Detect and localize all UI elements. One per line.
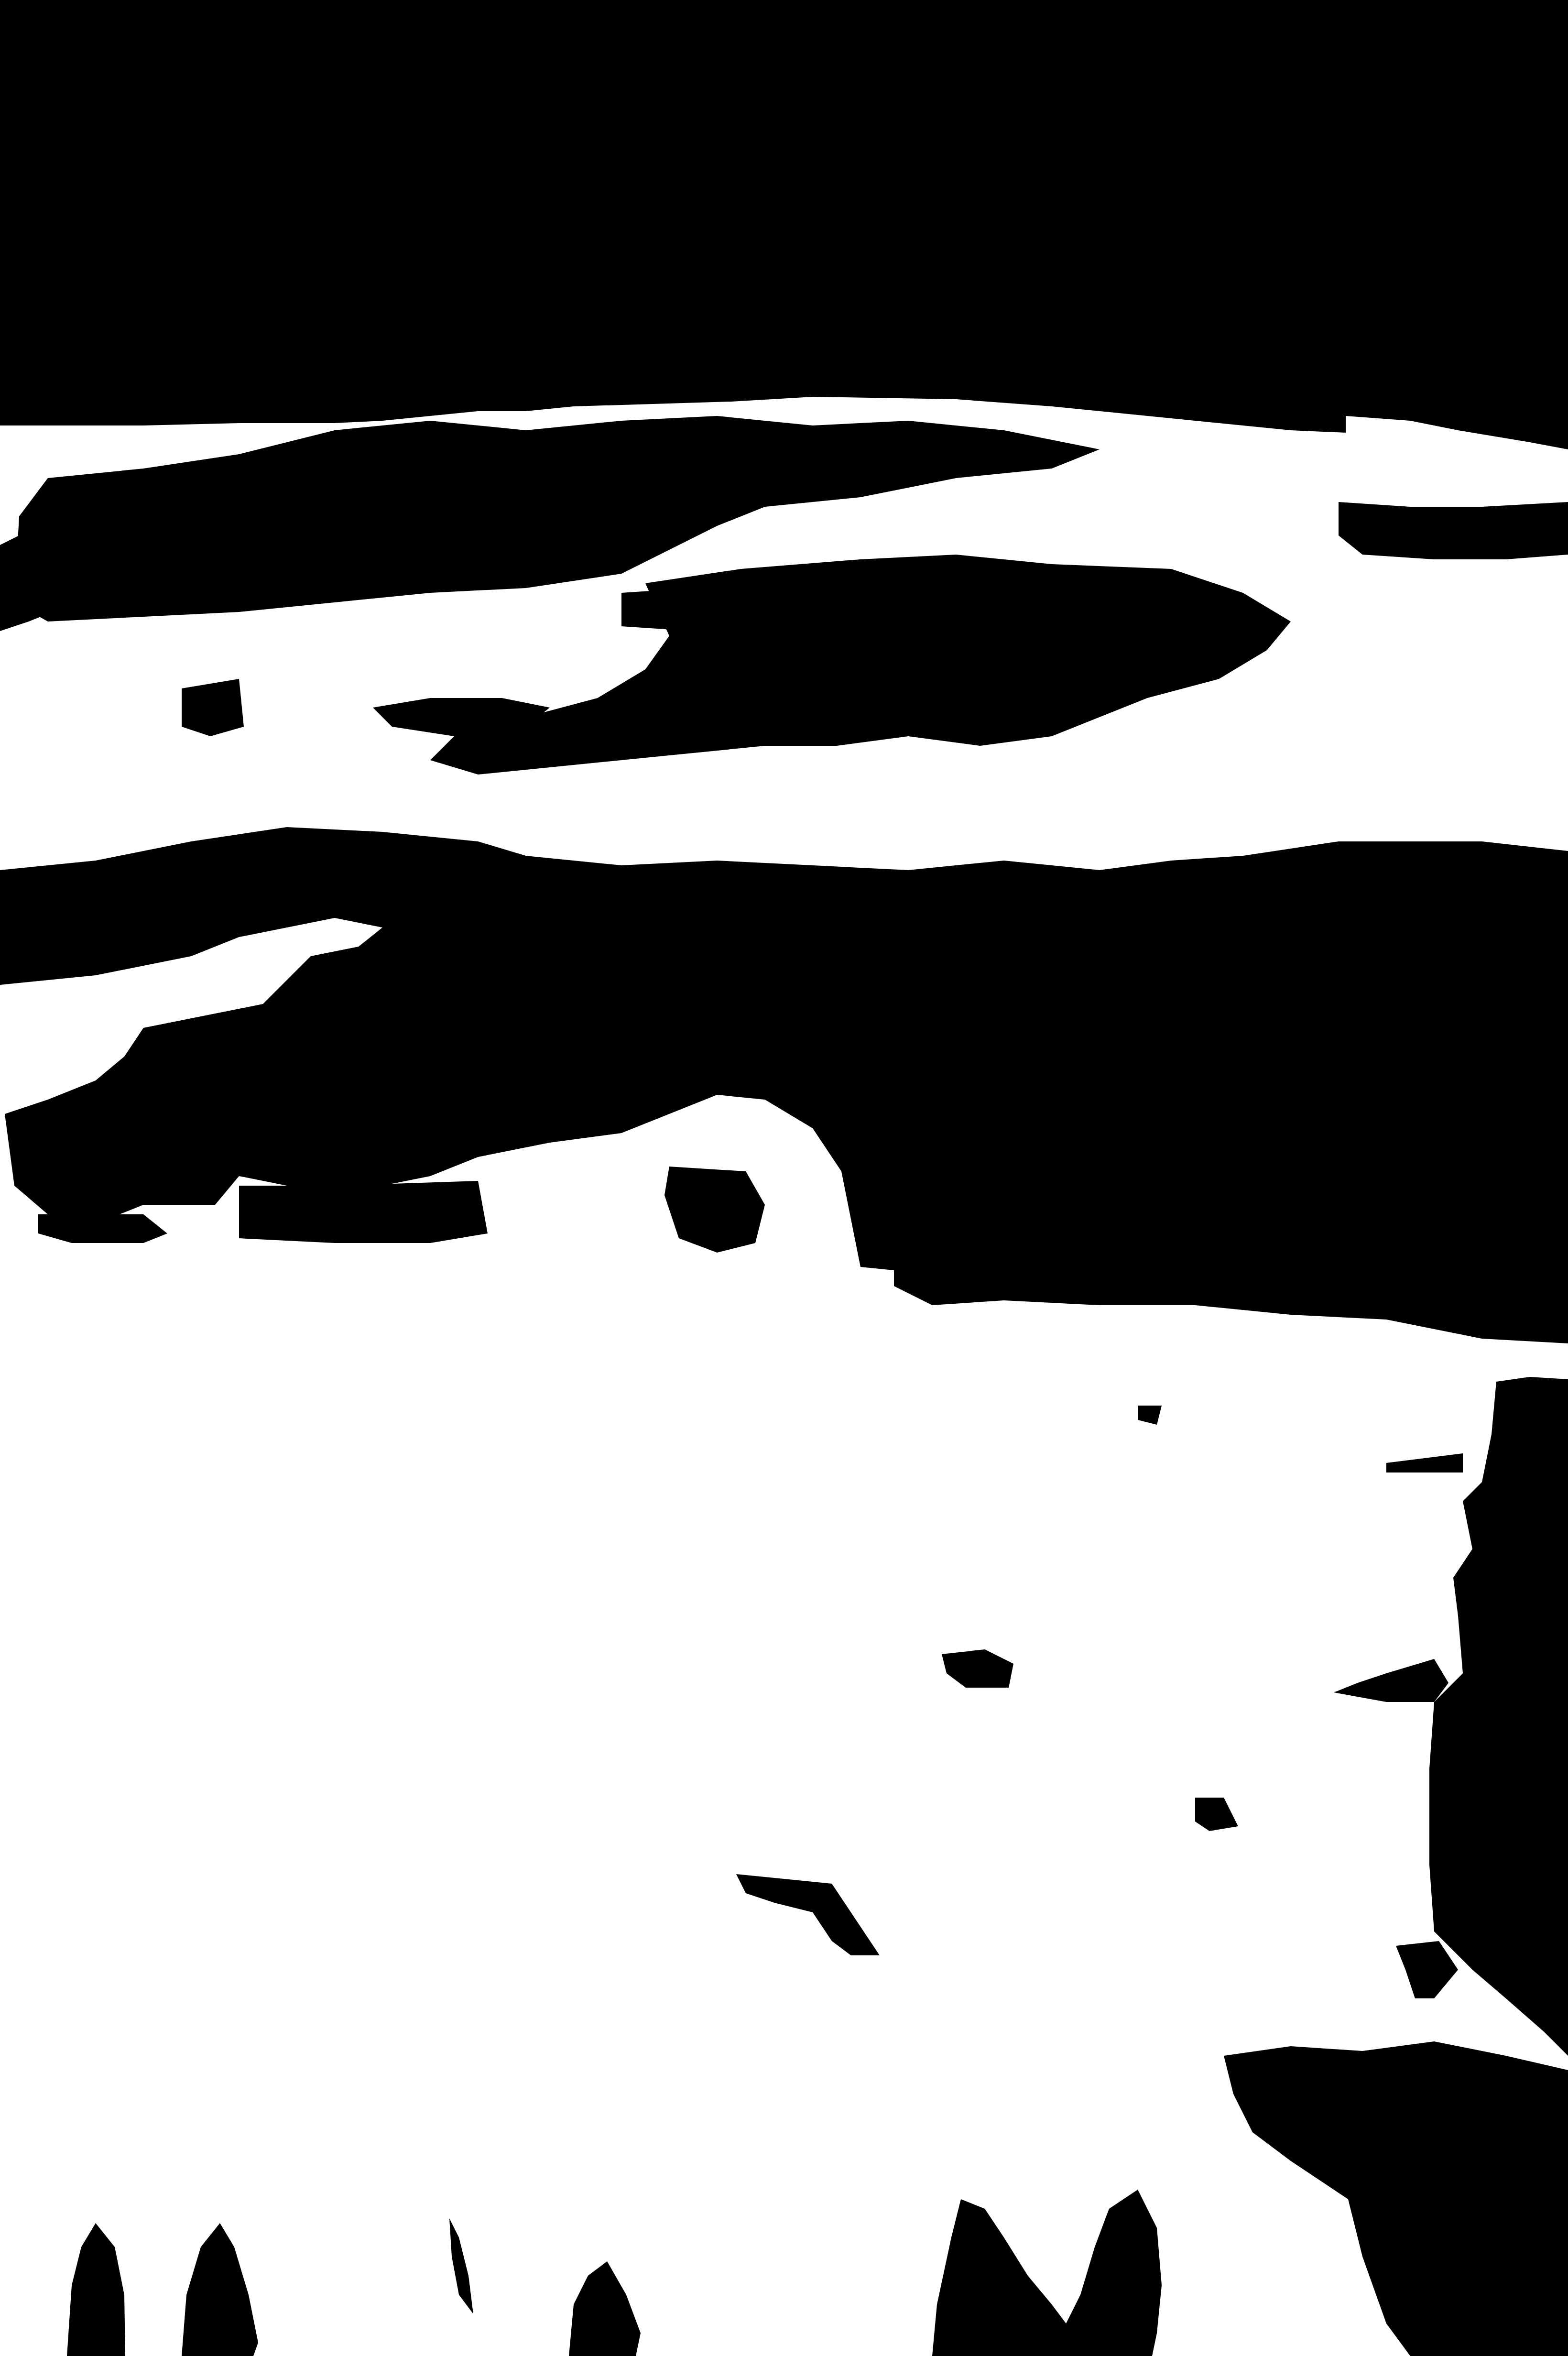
landscape-photo (0, 0, 1568, 2356)
sky (0, 0, 1568, 449)
